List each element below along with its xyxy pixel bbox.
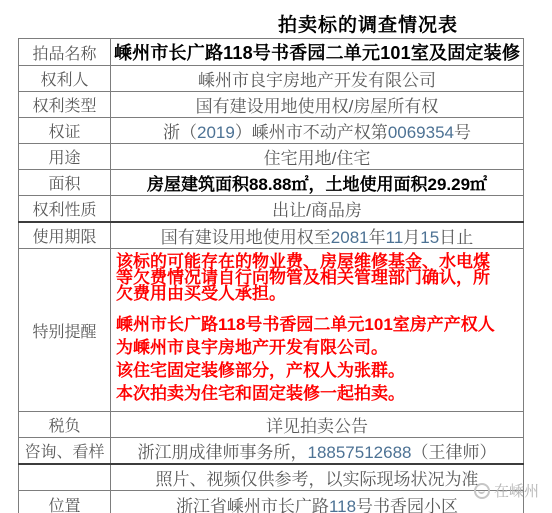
label-right-type: 权利类型 <box>19 92 111 118</box>
certificate-text: 号 <box>454 123 471 142</box>
watermark: 在嵊州 <box>474 480 539 501</box>
label-photo-note <box>19 464 111 491</box>
table-row-owner: 权利人 嵊州市良宇房地产开发有限公司 <box>19 66 524 92</box>
certificate-text: ）嵊州市不动产权第 <box>235 123 388 142</box>
term-year: 2081 <box>331 228 369 247</box>
value-right-type: 国有建设用地使用权/房屋所有权 <box>111 92 524 118</box>
location-text: 浙江省嵊州市长广路 <box>176 497 329 513</box>
table-row-right-nature: 权利性质 出让/商品房 <box>19 196 524 223</box>
term-text: 年 <box>369 228 386 247</box>
label-usage: 用途 <box>19 144 111 170</box>
table-row-term: 使用期限 国有建设用地使用权至2081年11月15日止 <box>19 222 524 249</box>
table-row-certificate: 权证 浙（2019）嵊州市不动产权第0069354号 <box>19 118 524 144</box>
value-special-reminder: 该标的可能存在的物业费、房屋维修基金、水电煤 等欠费情况请自行向物管及相关管理部… <box>111 249 524 412</box>
value-usage: 住宅用地/住宅 <box>111 144 524 170</box>
label-consultation: 咨询、看样 <box>19 438 111 465</box>
label-item-name: 拍品名称 <box>19 39 111 66</box>
table-row-item-name: 拍品名称 嵊州市长广路118号书香园二单元101室及固定装修 <box>19 39 524 66</box>
special-paragraph-ownership: 嵊州市长广路118号书香园二单元101室房产产权人 为嵊州市良宇房地产开发有限公… <box>116 313 519 359</box>
page-title: 拍卖标的调查情况表 <box>92 10 552 37</box>
label-tax: 税负 <box>19 412 111 438</box>
label-right-nature: 权利性质 <box>19 196 111 223</box>
value-area: 房屋建筑面积88.88㎡，土地使用面积29.29㎡ <box>111 170 524 196</box>
value-term: 国有建设用地使用权至2081年11月15日止 <box>111 222 524 249</box>
label-owner: 权利人 <box>19 66 111 92</box>
value-tax: 详见拍卖公告 <box>111 412 524 438</box>
certificate-text: 浙（ <box>163 123 197 142</box>
watermark-text: 在嵊州 <box>494 480 539 501</box>
value-right-nature: 出让/商品房 <box>111 196 524 223</box>
term-text: 国有建设用地使用权至 <box>161 228 331 247</box>
special-paragraph-decoration: 该住宅固定装修部分，产权人为张群。 <box>116 359 519 382</box>
auction-info-table: 拍品名称 嵊州市长广路118号书香园二单元101室及固定装修 权利人 嵊州市良宇… <box>18 38 524 513</box>
special-paragraph-auction-scope: 本次拍卖为住宅和固定装修一起拍卖。 <box>116 382 519 405</box>
table-row-area: 面积 房屋建筑面积88.88㎡，土地使用面积29.29㎡ <box>19 170 524 196</box>
location-text: 号书香园小区 <box>356 497 458 513</box>
consultation-firm: 浙江朋成律师事务所， <box>137 443 307 462</box>
value-certificate: 浙（2019）嵊州市不动产权第0069354号 <box>111 118 524 144</box>
watermark-logo-icon <box>474 483 490 499</box>
special-paragraph-fees: 该标的可能存在的物业费、房屋维修基金、水电煤 等欠费情况请自行向物管及相关管理部… <box>116 254 519 302</box>
table-row-tax: 税负 详见拍卖公告 <box>19 412 524 438</box>
term-day: 15 <box>420 228 439 247</box>
table-row-location: 位置 浙江省嵊州市长广路118号书香园小区 <box>19 491 524 513</box>
label-term: 使用期限 <box>19 222 111 249</box>
label-special-reminder: 特别提醒 <box>19 249 111 412</box>
certificate-year: 2019 <box>197 123 235 142</box>
table-row-photo-note: 照片、视频仅供参考，以实际现场状况为准 <box>19 464 524 491</box>
label-location: 位置 <box>19 491 111 513</box>
consultation-phone: 18857512688 <box>307 443 411 462</box>
location-number: 118 <box>329 497 356 513</box>
table-row-consultation: 咨询、看样 浙江朋成律师事务所，18857512688（王律师） <box>19 438 524 465</box>
table-row-right-type: 权利类型 国有建设用地使用权/房屋所有权 <box>19 92 524 118</box>
label-area: 面积 <box>19 170 111 196</box>
table-row-special-reminder: 特别提醒 该标的可能存在的物业费、房屋维修基金、水电煤 等欠费情况请自行向物管及… <box>19 249 524 412</box>
value-consultation: 浙江朋成律师事务所，18857512688（王律师） <box>111 438 524 465</box>
value-owner: 嵊州市良宇房地产开发有限公司 <box>111 66 524 92</box>
term-text: 日止 <box>439 228 473 247</box>
label-certificate: 权证 <box>19 118 111 144</box>
term-text: 月 <box>403 228 420 247</box>
consultation-contact: （王律师） <box>412 443 497 462</box>
certificate-number: 0069354 <box>388 123 454 142</box>
value-photo-note: 照片、视频仅供参考，以实际现场状况为准 <box>111 464 524 491</box>
value-location: 浙江省嵊州市长广路118号书香园小区 <box>111 491 524 513</box>
value-item-name: 嵊州市长广路118号书香园二单元101室及固定装修 <box>111 39 524 66</box>
term-month: 11 <box>386 228 404 247</box>
table-row-usage: 用途 住宅用地/住宅 <box>19 144 524 170</box>
